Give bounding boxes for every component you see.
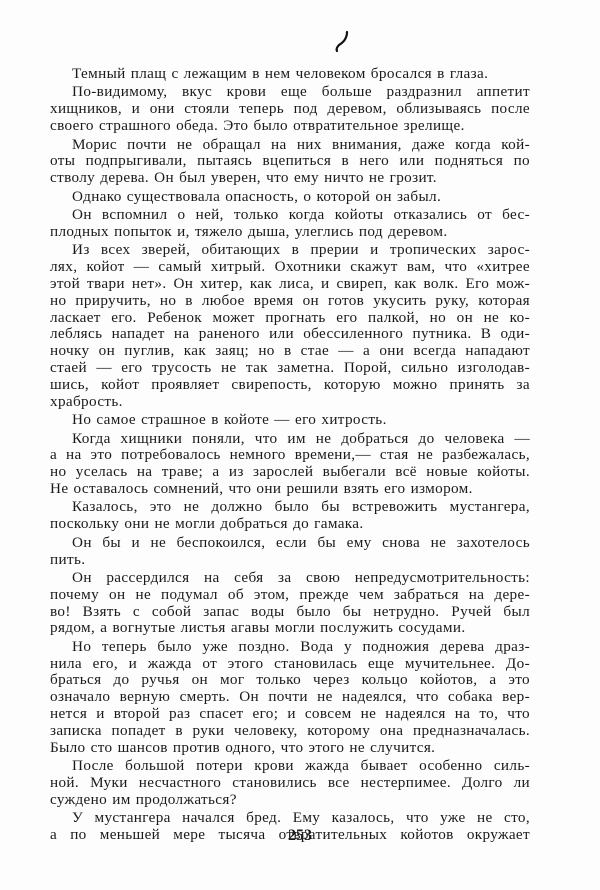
- text-line: плодных попыток и, тяжело дыша, улеглись…: [50, 224, 530, 241]
- text-line: но приручить, но в любое время он готов …: [50, 293, 530, 310]
- text-line: леблясь нападет на раненого или обессиле…: [50, 326, 530, 343]
- text-line: Однако существовала опасность, о которой…: [50, 189, 530, 206]
- text-line: во! Взять с собой запас воды было бы нет…: [50, 604, 530, 621]
- text-line: Темный плащ с лежащим в нем человеком бр…: [50, 66, 530, 83]
- text-line: храбрость.: [50, 394, 530, 411]
- text-line: шись, койот проявляет свирепость, котору…: [50, 377, 530, 394]
- text-line: Не оставалось сомнений, что они решили в…: [50, 481, 530, 498]
- text-line: По-видимому, вкус крови еще больше раздр…: [50, 84, 530, 101]
- text-line: почему он не подумал об этом, прежде чем…: [50, 587, 530, 604]
- text-line: означало верную смерть. Он почти не наде…: [50, 689, 530, 706]
- book-page: Темный плащ с лежащим в нем человеком бр…: [0, 0, 600, 890]
- text-line: Морис почти не обращал на них внимания, …: [50, 137, 530, 154]
- text-line: браться до ручья он мог только через кол…: [50, 672, 530, 689]
- text-line: записка попадет в руки человеку, котором…: [50, 723, 530, 740]
- text-line: После большой потери крови жажда бывает …: [50, 758, 530, 775]
- text-line: нила его, и жажда от этого становилась е…: [50, 656, 530, 673]
- text-line: Казалось, это не должно было бы встревож…: [50, 499, 530, 516]
- text-line: Но теперь было уже поздно. Вода у поднож…: [50, 639, 530, 656]
- text-line: нется и второй раз спасет его; и совсем …: [50, 706, 530, 723]
- text-line: ласкает его. Ребенок может прогнать его …: [50, 310, 530, 327]
- body-text: Темный плащ с лежащим в нем человеком бр…: [50, 66, 530, 845]
- text-line: оты подпрыгивали, пытаясь вцепиться в не…: [50, 153, 530, 170]
- text-line: Он рассердился на себя за свою непредусм…: [50, 570, 530, 587]
- text-line: но уселась на траве; а из зарослей выбег…: [50, 464, 530, 481]
- text-line: рядом, а вогнутые листья агавы могли пос…: [50, 620, 530, 637]
- text-line: Он вспомнил о ней, только когда койоты о…: [50, 207, 530, 224]
- text-line: пить.: [50, 552, 530, 569]
- text-line: стаей — его трусость не так заметна. Пор…: [50, 360, 530, 377]
- text-line: Было сто шансов против одного, что этого…: [50, 740, 530, 757]
- text-line: стволу дерева. Он был уверен, что ему ни…: [50, 170, 530, 187]
- text-line: суждено им продолжаться?: [50, 792, 530, 809]
- text-line: а на это потребовалось немного времени,—…: [50, 447, 530, 464]
- text-line: своего страшного обеда. Это было отврати…: [50, 118, 530, 135]
- text-line: ной. Муки несчастного становились все не…: [50, 775, 530, 792]
- text-line: Из всех зверей, обитающих в прерии и тро…: [50, 242, 530, 259]
- text-line: лях, койот — самый хитрый. Охотники скаж…: [50, 259, 530, 276]
- text-line: Когда хищники поняли, что им не добратьс…: [50, 431, 530, 448]
- text-line: этой твари нет». Он хитер, как лиса, и с…: [50, 276, 530, 293]
- text-line: поскольку они не могли добраться до гама…: [50, 516, 530, 533]
- text-line: ночку он пуглив, как заяц; но в стае — а…: [50, 343, 530, 360]
- text-line: Но самое страшное в койоте — его хитрост…: [50, 412, 530, 429]
- text-line: У мустангера начался бред. Ему казалось,…: [50, 810, 530, 827]
- text-line: Он бы и не беспокоился, если бы ему снов…: [50, 535, 530, 552]
- pen-stroke-icon: [332, 30, 352, 54]
- text-line: хищников, и они стояли теперь под дерево…: [50, 101, 530, 118]
- page-number: 253: [0, 827, 600, 845]
